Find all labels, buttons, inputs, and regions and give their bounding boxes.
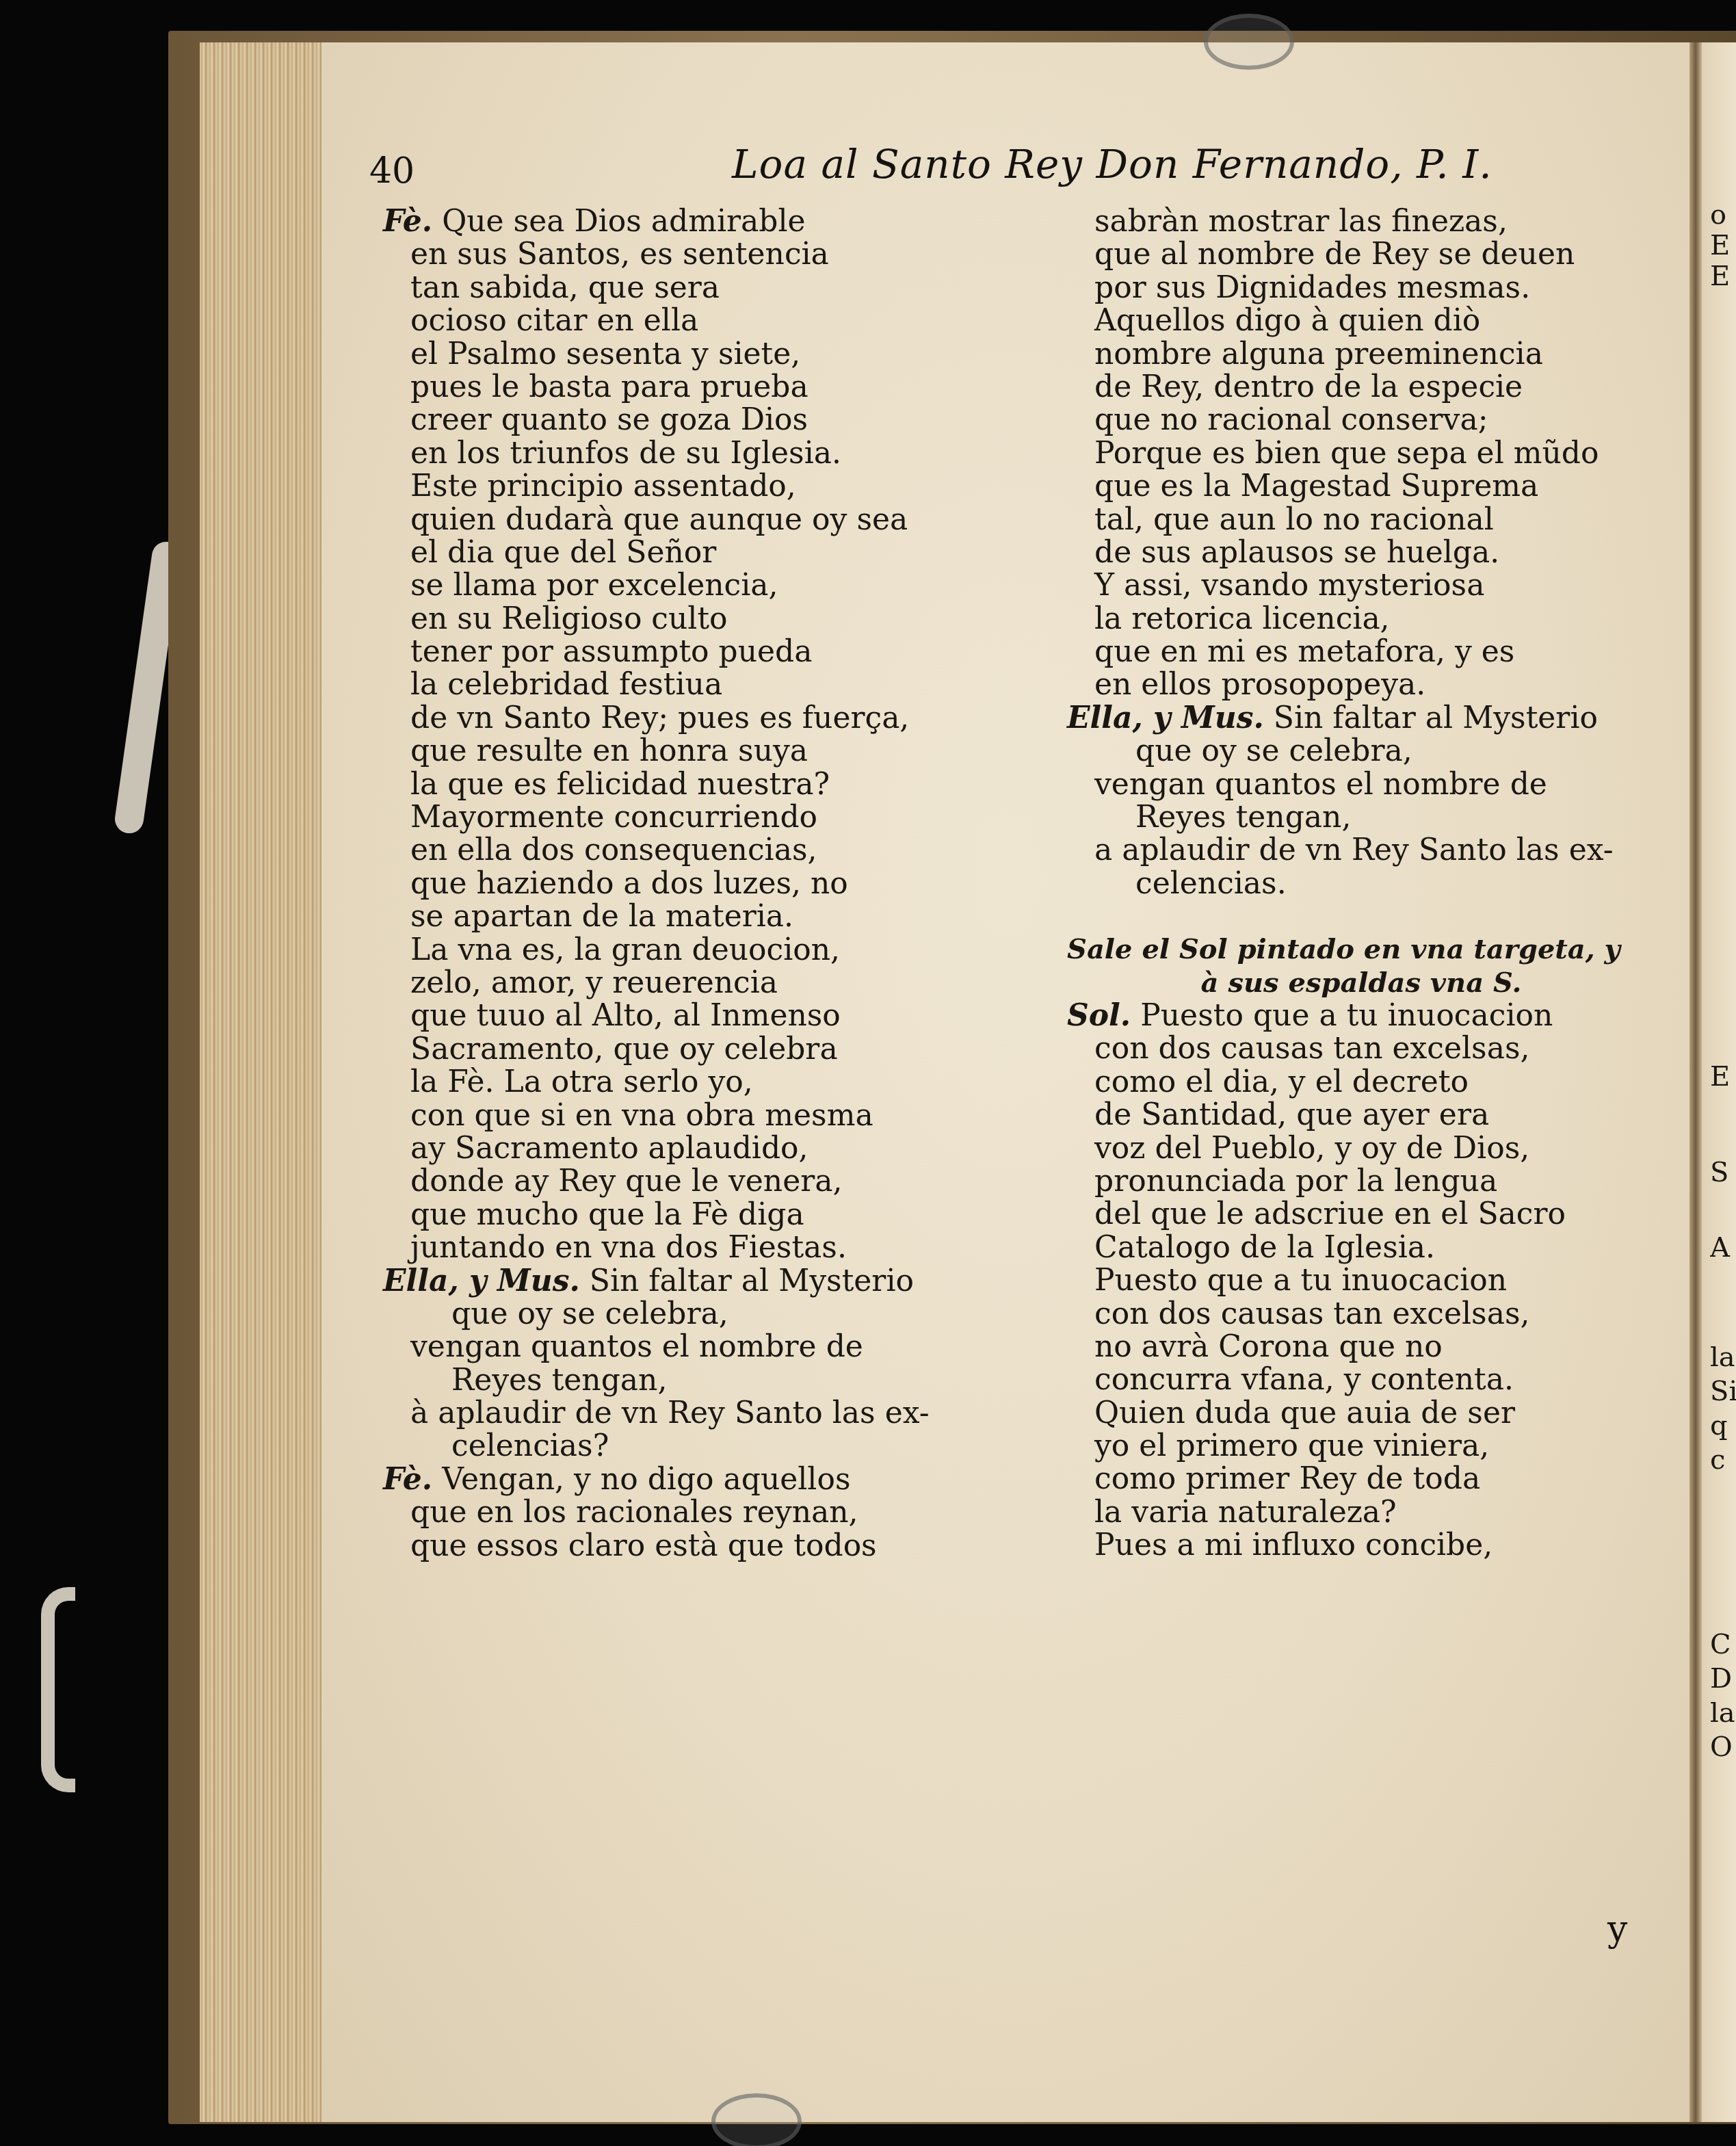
facing-page-fragment: S bbox=[1710, 1156, 1736, 1189]
verse-line: en ellos prosopopeya. bbox=[1067, 668, 1655, 701]
verse-text: la que es felicidad nuestra? bbox=[410, 767, 830, 802]
verse-text: pronunciada por la lengua bbox=[1094, 1164, 1497, 1199]
speaker-label: Sol. bbox=[1067, 998, 1131, 1033]
verse-line: Fè. Vengan, y no digo aquellos bbox=[383, 1463, 999, 1496]
facing-page-fragment: Si bbox=[1710, 1375, 1736, 1408]
verse-line: tan sabida, que sera bbox=[383, 272, 999, 304]
verse-text: que al nombre de Rey se deuen bbox=[1094, 237, 1575, 272]
verse-line: se apartan de la materia. bbox=[383, 900, 999, 933]
verse-line: no avrà Corona que no bbox=[1067, 1331, 1655, 1363]
verse-line: se llama por excelencia, bbox=[383, 569, 999, 602]
verse-line: que no racional conserva; bbox=[1067, 404, 1655, 436]
verse-text: Sin faltar al Mysterio bbox=[1274, 701, 1598, 735]
verse-text: tan sabida, que sera bbox=[410, 270, 720, 305]
verse-text: que oy se celebra, bbox=[451, 1296, 728, 1331]
verse-text: sabràn mostrar las finezas, bbox=[1094, 204, 1508, 239]
verse-line: tener por assumpto pueda bbox=[383, 636, 999, 668]
verse-text: se apartan de la materia. bbox=[410, 899, 793, 934]
verse-text: por sus Dignidades mesmas. bbox=[1094, 270, 1530, 305]
facing-page-fragment: C bbox=[1710, 1628, 1736, 1661]
verse-text: que es la Magestad Suprema bbox=[1094, 469, 1538, 503]
verse-text: que no racional conserva; bbox=[1094, 402, 1488, 437]
verse-text: en su Religioso culto bbox=[410, 601, 728, 636]
verse-text: la varia naturaleza? bbox=[1094, 1495, 1397, 1530]
verse-text: Y assi, vsando mysteriosa bbox=[1094, 568, 1484, 603]
facing-page-fragment: A bbox=[1710, 1231, 1736, 1264]
facing-page-fragment: E bbox=[1710, 229, 1736, 262]
verse-line: Aquellos digo à quien diò bbox=[1067, 304, 1655, 337]
spacer bbox=[1067, 900, 1655, 933]
verse-line: La vna es, la gran deuocion, bbox=[383, 934, 999, 967]
verse-line: sabràn mostrar las finezas, bbox=[1067, 205, 1655, 238]
verse-text: Quien duda que auia de ser bbox=[1094, 1396, 1515, 1430]
verse-line: vengan quantos el nombre de bbox=[383, 1331, 999, 1363]
verse-text: a aplaudir de vn Rey Santo las ex- bbox=[1094, 833, 1614, 867]
verse-line: Fè. Que sea Dios admirable bbox=[383, 205, 999, 238]
verse-text: Sacramento, que oy celebra bbox=[410, 1032, 838, 1067]
verse-text: pues le basta para prueba bbox=[410, 369, 808, 404]
verse-line: la que es felicidad nuestra? bbox=[383, 768, 999, 801]
verse-text: ay Sacramento aplaudido, bbox=[410, 1131, 808, 1166]
verse-text: Catalogo de la Iglesia. bbox=[1094, 1230, 1435, 1265]
speaker-label: Ella, y Mus. bbox=[383, 1264, 580, 1298]
verse-line: Ella, y Mus. Sin faltar al Mysterio bbox=[383, 1265, 999, 1298]
verse-text: Puesto que a tu inuocacion bbox=[1094, 1263, 1507, 1298]
verse-line: que tuuo al Alto, al Inmenso bbox=[383, 999, 999, 1032]
verse-line: que essos claro està que todos bbox=[383, 1530, 999, 1562]
verse-text: que essos claro està que todos bbox=[410, 1528, 877, 1563]
verse-text: tener por assumpto pueda bbox=[410, 634, 813, 669]
verse-text: Porque es bien que sepa el mũdo bbox=[1094, 436, 1599, 471]
stage-direction: Sale el Sol pintado en vna targeta, y bbox=[1067, 933, 1655, 966]
speaker-label: Fè. bbox=[383, 204, 432, 239]
verse-text: la celebridad festiua bbox=[410, 667, 722, 702]
verse-line: Ella, y Mus. Sin faltar al Mysterio bbox=[1067, 702, 1655, 735]
verse-line: celencias? bbox=[383, 1430, 999, 1463]
facing-page-fragment: o bbox=[1710, 198, 1736, 231]
verse-text: Puesto que a tu inuocacion bbox=[1140, 998, 1553, 1033]
facing-page-fragment: q bbox=[1710, 1409, 1736, 1442]
verse-line: de Santidad, que ayer era bbox=[1067, 1099, 1655, 1131]
verse-text: en sus Santos, es sentencia bbox=[410, 237, 829, 272]
facing-page-fragment: la bbox=[1710, 1697, 1736, 1729]
verse-text: en los triunfos de su Iglesia. bbox=[410, 436, 841, 471]
verse-text: creer quanto se goza Dios bbox=[410, 402, 808, 437]
verse-line: la celebridad festiua bbox=[383, 668, 999, 701]
verse-text: el Psalmo sesenta y siete, bbox=[410, 337, 800, 371]
facing-page-fragment: E bbox=[1710, 1060, 1736, 1093]
verse-line: con dos causas tan excelsas, bbox=[1067, 1032, 1655, 1065]
verse-line: Puesto que a tu inuocacion bbox=[1067, 1264, 1655, 1297]
facing-page-fragment: la bbox=[1710, 1341, 1736, 1374]
verse-text: la retorica licencia, bbox=[1094, 601, 1390, 636]
verse-text: Mayormente concurriendo bbox=[410, 800, 817, 835]
verse-line: que haziendo a dos luzes, no bbox=[383, 867, 999, 900]
verse-line: que en los racionales reynan, bbox=[383, 1496, 999, 1529]
verse-line: pronunciada por la lengua bbox=[1067, 1165, 1655, 1198]
speaker-label: Ella, y Mus. bbox=[1067, 701, 1264, 735]
verse-line: nombre alguna preeminencia bbox=[1067, 338, 1655, 371]
verse-text: Reyes tengan, bbox=[1135, 800, 1351, 835]
verse-line: que oy se celebra, bbox=[1067, 735, 1655, 768]
verse-text: en ellos prosopopeya. bbox=[1094, 667, 1425, 702]
verse-line: yo el primero que viniera, bbox=[1067, 1430, 1655, 1463]
verse-line: Sacramento, que oy celebra bbox=[383, 1033, 999, 1066]
verse-line: creer quanto se goza Dios bbox=[383, 404, 999, 436]
verse-text: la Fè. La otra serlo yo, bbox=[410, 1064, 753, 1099]
verse-text: Pues a mi influxo concibe, bbox=[1094, 1528, 1492, 1562]
verse-line: en los triunfos de su Iglesia. bbox=[383, 437, 999, 470]
verse-text: de vn Santo Rey; pues es fuerça, bbox=[410, 701, 909, 735]
verse-text: como el dia, y el decreto bbox=[1094, 1064, 1469, 1099]
verse-text: juntando en vna dos Fiestas. bbox=[410, 1230, 847, 1265]
verse-line: Y assi, vsando mysteriosa bbox=[1067, 569, 1655, 602]
verse-line: Mayormente concurriendo bbox=[383, 801, 999, 834]
verse-text: concurra vfana, y contenta. bbox=[1094, 1362, 1514, 1397]
verse-line: que oy se celebra, bbox=[383, 1298, 999, 1331]
verse-text: que en los racionales reynan, bbox=[410, 1495, 858, 1530]
verse-line: ay Sacramento aplaudido, bbox=[383, 1132, 999, 1165]
verse-text: con que si en vna obra mesma bbox=[410, 1098, 873, 1133]
verse-line: à aplaudir de vn Rey Santo las ex- bbox=[383, 1397, 999, 1430]
verse-text: Que sea Dios admirable bbox=[442, 204, 805, 239]
verse-line: el dia que del Señor bbox=[383, 536, 999, 569]
verse-line: Este principio assentado, bbox=[383, 470, 999, 503]
verse-line: pues le basta para prueba bbox=[383, 371, 999, 404]
facing-page-fragment: D bbox=[1710, 1662, 1736, 1695]
verse-line: la retorica licencia, bbox=[1067, 603, 1655, 636]
verse-line: como primer Rey de toda bbox=[1067, 1463, 1655, 1495]
verse-text: de Rey, dentro de la especie bbox=[1094, 369, 1523, 404]
verse-text: el dia que del Señor bbox=[410, 535, 716, 570]
verse-text: de sus aplausos se huelga. bbox=[1094, 535, 1499, 570]
verse-text: Vengan, y no digo aquellos bbox=[442, 1462, 850, 1497]
verse-text: ocioso citar en ella bbox=[410, 303, 698, 338]
verse-line: de Rey, dentro de la especie bbox=[1067, 371, 1655, 404]
verse-text: celencias. bbox=[1135, 866, 1287, 901]
verse-text: zelo, amor, y reuerencia bbox=[410, 965, 778, 1000]
verse-text: donde ay Rey que le venera, bbox=[410, 1164, 842, 1199]
verse-line: la Fè. La otra serlo yo, bbox=[383, 1066, 999, 1099]
verse-line: de vn Santo Rey; pues es fuerça, bbox=[383, 702, 999, 735]
catchword: y bbox=[1607, 1909, 1627, 1950]
verse-line: vengan quantos el nombre de bbox=[1067, 768, 1655, 801]
verse-text: vengan quantos el nombre de bbox=[1094, 767, 1547, 802]
verse-text: Sin faltar al Mysterio bbox=[590, 1264, 914, 1298]
verse-line: que mucho que la Fè diga bbox=[383, 1199, 999, 1231]
verse-text: que tuuo al Alto, al Inmenso bbox=[410, 998, 841, 1033]
verse-text: que oy se celebra, bbox=[1135, 733, 1412, 768]
top-clip bbox=[1204, 14, 1294, 70]
verse-text: vengan quantos el nombre de bbox=[410, 1329, 863, 1364]
verse-text: que resulte en honra suya bbox=[410, 733, 808, 768]
verse-line: que al nombre de Rey se deuen bbox=[1067, 238, 1655, 271]
verse-text: del que le adscriue en el Sacro bbox=[1094, 1196, 1566, 1231]
verse-line: en su Religioso culto bbox=[383, 603, 999, 636]
verse-text: quien dudarà que aunque oy sea bbox=[410, 502, 908, 537]
verse-text: en ella dos consequencias, bbox=[410, 833, 817, 867]
page-header: 40 Loa al Santo Rey Don Fernando, P. I. bbox=[369, 137, 1669, 192]
verse-line: Quien duda que auia de ser bbox=[1067, 1397, 1655, 1430]
verse-line: con que si en vna obra mesma bbox=[383, 1099, 999, 1132]
facing-page-fragment: c bbox=[1710, 1443, 1736, 1476]
verse-line: con dos causas tan excelsas, bbox=[1067, 1298, 1655, 1331]
verse-text: que haziendo a dos luzes, no bbox=[410, 866, 848, 901]
verse-line: Pues a mi influxo concibe, bbox=[1067, 1529, 1655, 1562]
verse-line: donde ay Rey que le venera, bbox=[383, 1165, 999, 1198]
verse-line: que es la Magestad Suprema bbox=[1067, 470, 1655, 503]
book-gutter bbox=[1689, 42, 1702, 2122]
speaker-label: Fè. bbox=[383, 1462, 432, 1497]
verse-text: no avrà Corona que no bbox=[1094, 1329, 1443, 1364]
verse-line: Porque es bien que sepa el mũdo bbox=[1067, 437, 1655, 470]
right-text-column: sabràn mostrar las finezas,que al nombre… bbox=[1067, 205, 1655, 1562]
verse-line: zelo, amor, y reuerencia bbox=[383, 967, 999, 999]
facing-page-fragment: E bbox=[1710, 260, 1736, 293]
verse-line: el Psalmo sesenta y siete, bbox=[383, 338, 999, 371]
bookmark-ribbon-lower bbox=[41, 1587, 75, 1792]
verse-line: del que le adscriue en el Sacro bbox=[1067, 1198, 1655, 1231]
verse-line: la varia naturaleza? bbox=[1067, 1496, 1655, 1529]
verse-line: Catalogo de la Iglesia. bbox=[1067, 1231, 1655, 1264]
verse-text: celencias? bbox=[451, 1428, 609, 1463]
verse-text: Aquellos digo à quien diò bbox=[1094, 303, 1480, 338]
running-head: Loa al Santo Rey Don Fernando, P. I. bbox=[732, 141, 1492, 187]
verse-text: nombre alguna preeminencia bbox=[1094, 337, 1543, 371]
verse-text: à aplaudir de vn Rey Santo las ex- bbox=[410, 1396, 930, 1430]
verse-line: ocioso citar en ella bbox=[383, 304, 999, 337]
verse-text: tal, que aun lo no racional bbox=[1094, 502, 1494, 537]
page-number: 40 bbox=[369, 151, 415, 192]
verse-line: Sol. Puesto que a tu inuocacion bbox=[1067, 999, 1655, 1032]
verse-text: con dos causas tan excelsas, bbox=[1094, 1031, 1530, 1066]
verse-line: voz del Pueblo, y oy de Dios, bbox=[1067, 1132, 1655, 1165]
verse-line: en ella dos consequencias, bbox=[383, 834, 999, 867]
page-block-edges bbox=[200, 42, 330, 2122]
verse-text: como primer Rey de toda bbox=[1094, 1461, 1480, 1496]
verse-line: que en mi es metafora, y es bbox=[1067, 636, 1655, 668]
verse-line: por sus Dignidades mesmas. bbox=[1067, 272, 1655, 304]
verse-line: tal, que aun lo no racional bbox=[1067, 503, 1655, 536]
verse-text: con dos causas tan excelsas, bbox=[1094, 1296, 1530, 1331]
verse-text: voz del Pueblo, y oy de Dios, bbox=[1094, 1131, 1529, 1166]
verse-line: concurra vfana, y contenta. bbox=[1067, 1363, 1655, 1396]
verse-line: Reyes tengan, bbox=[383, 1364, 999, 1397]
verse-text: de Santidad, que ayer era bbox=[1094, 1097, 1489, 1132]
verse-text: yo el primero que viniera, bbox=[1094, 1428, 1489, 1463]
bottom-clip bbox=[711, 2093, 802, 2146]
verse-line: quien dudarà que aunque oy sea bbox=[383, 503, 999, 536]
left-text-column: Fè. Que sea Dios admirableen sus Santos,… bbox=[383, 205, 999, 1562]
verse-text: Reyes tengan, bbox=[451, 1363, 667, 1398]
verse-text: que en mi es metafora, y es bbox=[1094, 634, 1514, 669]
verse-line: celencias. bbox=[1067, 867, 1655, 900]
facing-page-fragment: O bbox=[1710, 1731, 1736, 1764]
verse-line: Reyes tengan, bbox=[1067, 801, 1655, 834]
verse-line: en sus Santos, es sentencia bbox=[383, 238, 999, 271]
verse-text: se llama por excelencia, bbox=[410, 568, 778, 603]
verse-text: que mucho que la Fè diga bbox=[410, 1197, 804, 1232]
verse-line: de sus aplausos se huelga. bbox=[1067, 536, 1655, 569]
verse-line: como el dia, y el decreto bbox=[1067, 1066, 1655, 1099]
verse-line: juntando en vna dos Fiestas. bbox=[383, 1231, 999, 1264]
stage-direction: à sus espaldas vna S. bbox=[1067, 967, 1655, 999]
verse-text: Este principio assentado, bbox=[410, 469, 796, 503]
verse-text: La vna es, la gran deuocion, bbox=[410, 932, 840, 967]
verse-line: a aplaudir de vn Rey Santo las ex- bbox=[1067, 834, 1655, 867]
verse-line: que resulte en honra suya bbox=[383, 735, 999, 768]
